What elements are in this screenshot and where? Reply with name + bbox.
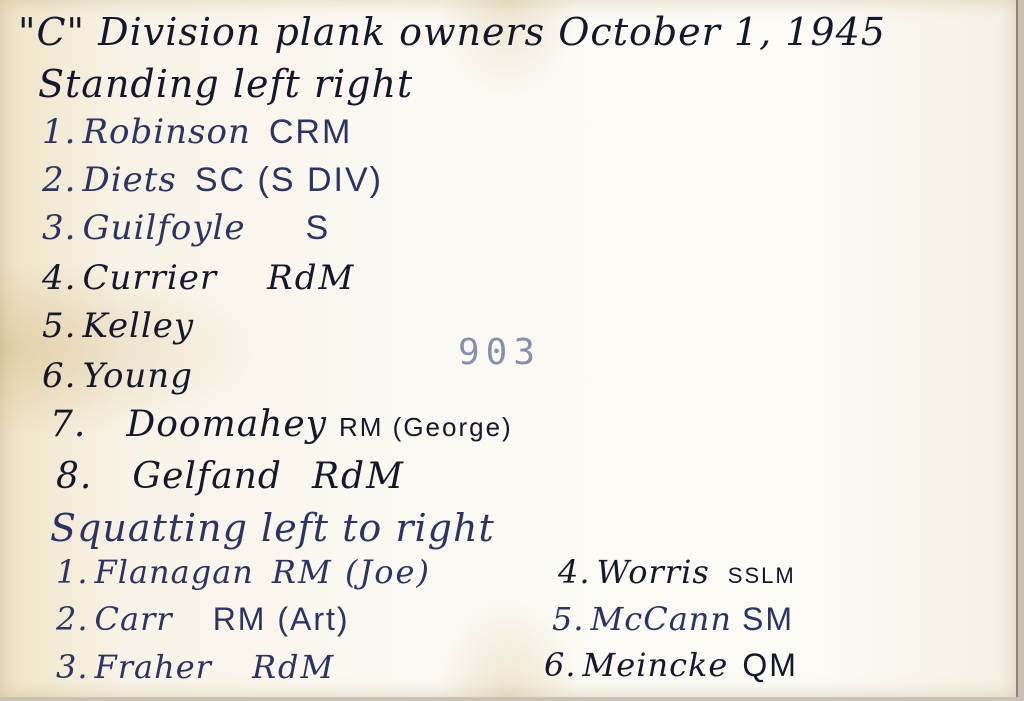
- stamp-number: 903: [458, 332, 541, 373]
- squatting-entry-2: 2.CarrRM (Art): [56, 600, 350, 638]
- squatting-entry-1: 1.FlanaganRM (Joe): [56, 553, 431, 591]
- entry-number: 6.: [42, 356, 76, 396]
- entry-rank: RdM: [252, 648, 335, 686]
- entry-rank: S: [306, 209, 331, 247]
- entry-number: 3.: [56, 648, 89, 686]
- entry-number: 3.: [42, 208, 76, 248]
- entry-rank: RdM: [312, 456, 405, 497]
- entry-number: 4.: [42, 258, 76, 298]
- entry-rank: SC (S DIV): [195, 161, 383, 199]
- entry-number: 1.: [42, 112, 76, 152]
- entry-name: Meincke: [583, 646, 729, 684]
- entry-name: Young: [82, 356, 193, 396]
- entry-rank: QM: [742, 647, 798, 683]
- squatting-entry-6: 6.MeinckeQM: [544, 646, 798, 684]
- entry-rank: RdM: [267, 258, 355, 298]
- entry-name: Guilfoyle: [82, 208, 245, 248]
- entry-rank: RM (Joe): [272, 553, 431, 591]
- entry-number: 1.: [56, 553, 89, 591]
- entry-name: Gelfand: [132, 456, 282, 497]
- entry-rank: SSLM: [728, 563, 796, 588]
- entry-name: Worris: [597, 553, 710, 591]
- standing-entry-4: 4.CurrierRdM: [42, 258, 355, 298]
- standing-entry-1: 1.RobinsonCRM: [42, 112, 352, 152]
- squatting-entry-4: 4.WorrisSSLM: [558, 553, 796, 591]
- entry-number: 2.: [42, 160, 76, 200]
- standing-entry-5: 5.Kelley: [42, 306, 194, 346]
- squatting-heading: Squatting left to right: [50, 506, 495, 550]
- entry-name: Currier: [82, 258, 217, 298]
- entry-name: Robinson: [82, 112, 250, 152]
- entry-number: 5.: [552, 600, 585, 638]
- entry-name: Kelley: [82, 306, 194, 346]
- entry-number: 2.: [56, 600, 89, 638]
- entry-rank: RM (George): [339, 412, 513, 442]
- entry-number: 7.: [50, 404, 86, 445]
- entry-number: 4.: [558, 553, 591, 591]
- entry-rank: SM: [742, 601, 794, 637]
- entry-name: Doomahey: [126, 404, 327, 445]
- entry-number: 5.: [42, 306, 76, 346]
- entry-name: Flanagan: [95, 553, 254, 591]
- entry-name: Carr: [95, 600, 173, 638]
- standing-entry-3: 3.GuilfoyleS: [42, 208, 330, 248]
- document-title: "C" Division plank owners October 1, 194…: [18, 10, 886, 54]
- photo-back-card: "C" Division plank owners October 1, 194…: [0, 0, 1018, 697]
- squatting-entry-5: 5.McCannSM: [552, 600, 794, 638]
- entry-name: McCann: [591, 600, 732, 638]
- entry-rank: RM (Art): [213, 601, 350, 637]
- standing-entry-8: 8.GelfandRdM: [56, 456, 405, 497]
- entry-number: 8.: [56, 456, 92, 497]
- standing-entry-7: 7.DoomaheyRM (George): [50, 404, 513, 445]
- entry-number: 6.: [544, 646, 577, 684]
- standing-heading: Standing left right: [38, 62, 413, 106]
- entry-rank: CRM: [269, 113, 352, 151]
- squatting-entry-3: 3.FraherRdM: [56, 648, 335, 686]
- entry-name: Fraher: [95, 648, 212, 686]
- standing-entry-2: 2.DietsSC (S DIV): [42, 160, 383, 200]
- entry-name: Diets: [82, 160, 176, 200]
- standing-entry-6: 6.Young: [42, 356, 193, 396]
